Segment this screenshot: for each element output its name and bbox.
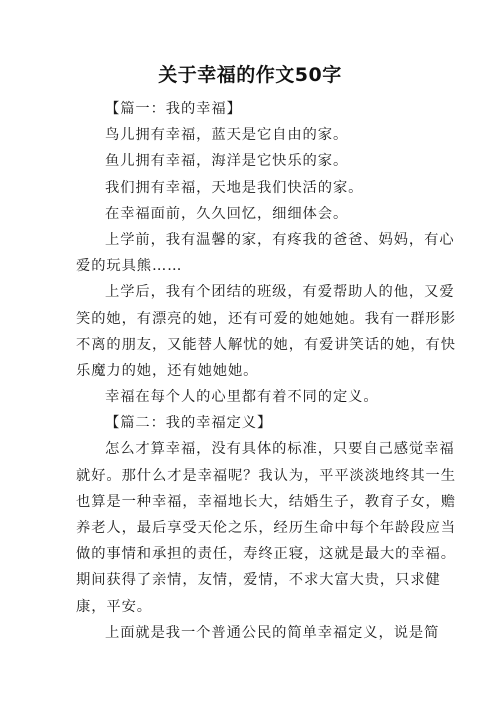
paragraph-line: 鸟儿拥有幸福，蓝天是它自由的家。: [76, 122, 426, 148]
paragraph-line: 我们拥有幸福，天地是我们快活的家。: [76, 175, 426, 201]
paragraph-line: 上学前，我有温馨的家，有疼我的爸爸、妈妈，有心: [76, 227, 426, 253]
paragraph-line: 上面就是我一个普通公民的简单幸福定义，说是简: [76, 620, 426, 646]
paragraph-line: 上学后，我有个团结的班级，有爱帮助人的他，又爱: [76, 279, 426, 305]
paragraph-line: 怎么才算幸福，没有具体的标准，只要自己感觉幸福: [76, 436, 426, 462]
section-heading-1: 【篇一：我的幸福】: [76, 96, 426, 122]
section-heading-2: 【篇二：我的幸福定义】: [76, 410, 426, 436]
paragraph-line: 幸福在每个人的心里都有着不同的定义。: [76, 384, 426, 410]
paragraph-line: 不离的朋友，又能替人解忧的她，有爱讲笑话的她，有快: [76, 332, 426, 358]
paragraph-line: 乐魔力的她，还有她她她。: [76, 358, 426, 384]
paragraph-line: 康，平安。: [76, 594, 426, 620]
paragraph-line: 就好。那什么才是幸福呢？我认为，平平淡淡地终其一生: [76, 463, 426, 489]
paragraph-line: 期间获得了亲情，友情，爱情，不求大富大贵，只求健: [76, 567, 426, 593]
paragraph-line: 爱的玩具熊……: [76, 253, 426, 279]
paragraph-line: 做的事情和承担的责任，寿终正寝，这就是最大的幸福。: [76, 541, 426, 567]
paragraph-line: 养老人，最后享受天伦之乐，经历生命中每个年龄段应当: [76, 515, 426, 541]
paragraph-line: 笑的她，有漂亮的她，还有可爱的她她她。我有一群形影: [76, 306, 426, 332]
paragraph-line: 鱼儿拥有幸福，海洋是它快乐的家。: [76, 148, 426, 174]
document-body: 【篇一：我的幸福】 鸟儿拥有幸福，蓝天是它自由的家。 鱼儿拥有幸福，海洋是它快乐…: [76, 96, 426, 646]
paragraph-line: 也算是一种幸福，幸福地长大，结婚生子，教育子女，赡: [76, 489, 426, 515]
paragraph-line: 在幸福面前，久久回忆，细细体会。: [76, 201, 426, 227]
document-title: 关于幸福的作文50字: [0, 60, 500, 87]
